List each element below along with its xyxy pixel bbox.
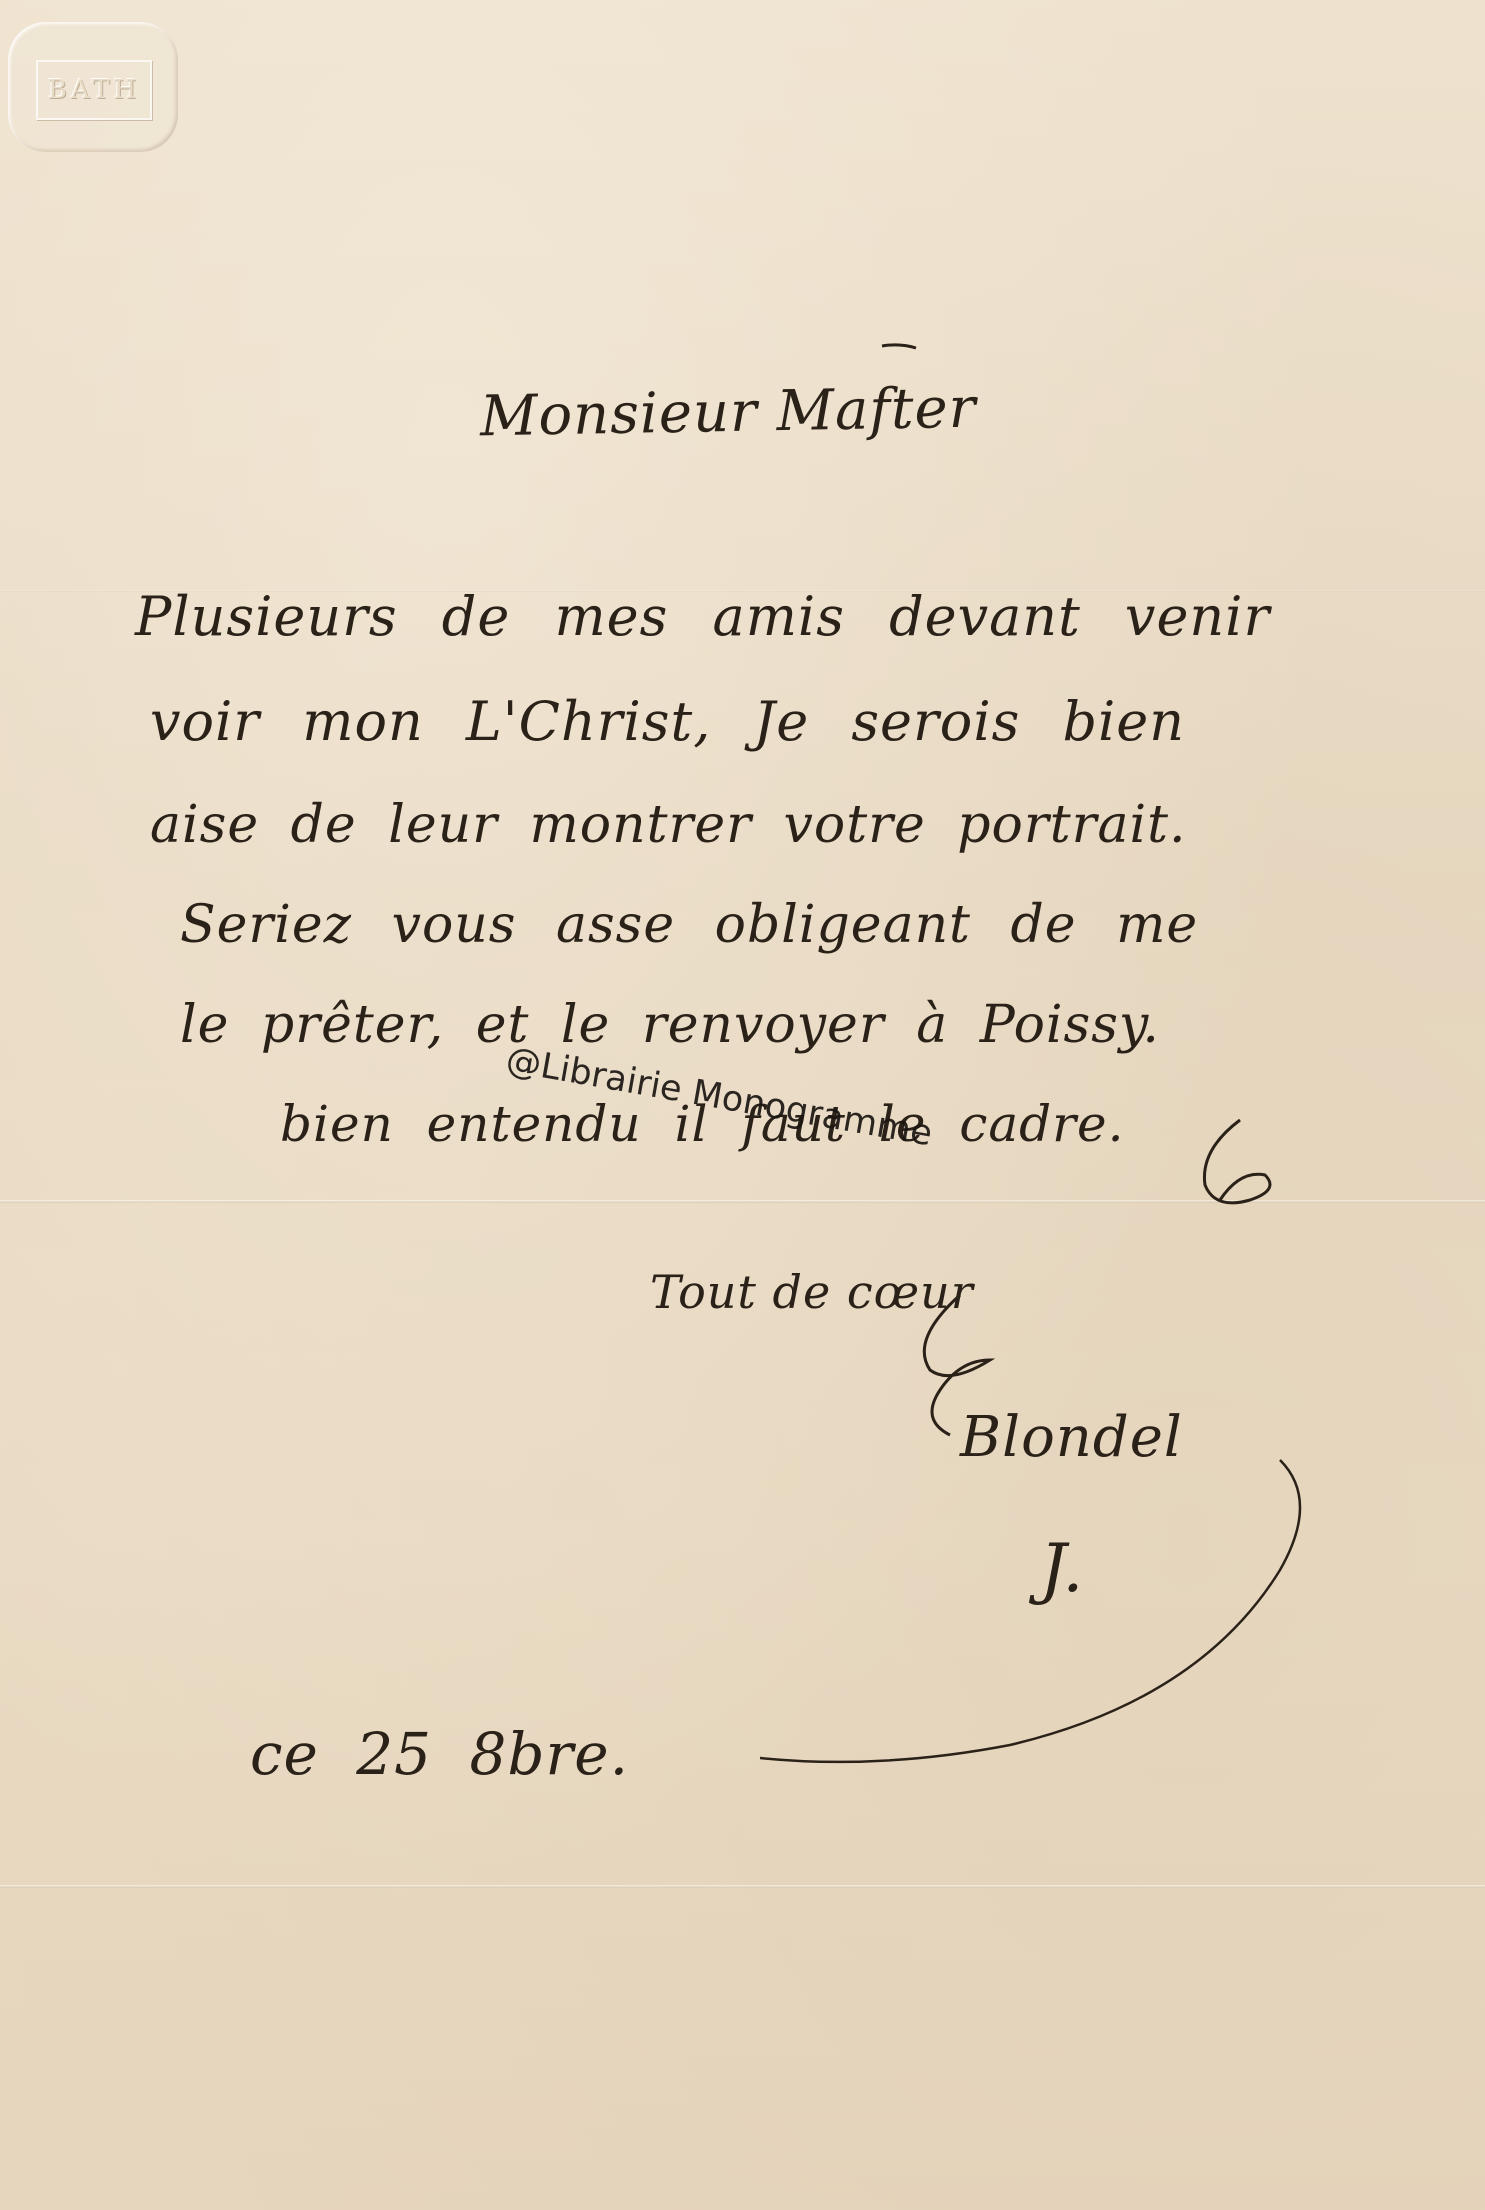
letter-date: ce 25 8bre. — [250, 1720, 629, 1788]
signature-paraph: J. — [1040, 1530, 1084, 1607]
fold-crease-middle — [0, 1200, 1485, 1203]
fold-crease-lower — [0, 1885, 1485, 1888]
body-line-4: Seriez vous asse obligeant de me — [180, 895, 1198, 955]
body-line-1: Plusieurs de mes amis devant venir — [135, 585, 1270, 648]
closing-phrase: Tout de cœur — [650, 1265, 974, 1319]
emboss-frame: BATH — [36, 60, 152, 120]
body-line-3: aise de leur montrer votre portrait. — [150, 795, 1187, 855]
salutation: Monsieur Mafter — [479, 376, 976, 450]
body-line-5: le prêter, et le renvoyer à Poissy. — [180, 995, 1160, 1055]
body-line-2: voir mon L'Christ, Je serois bien — [150, 690, 1185, 753]
emboss-label: BATH — [48, 75, 140, 105]
signature: Blondel — [960, 1405, 1183, 1470]
embossed-stationery-mark: BATH — [8, 22, 178, 152]
